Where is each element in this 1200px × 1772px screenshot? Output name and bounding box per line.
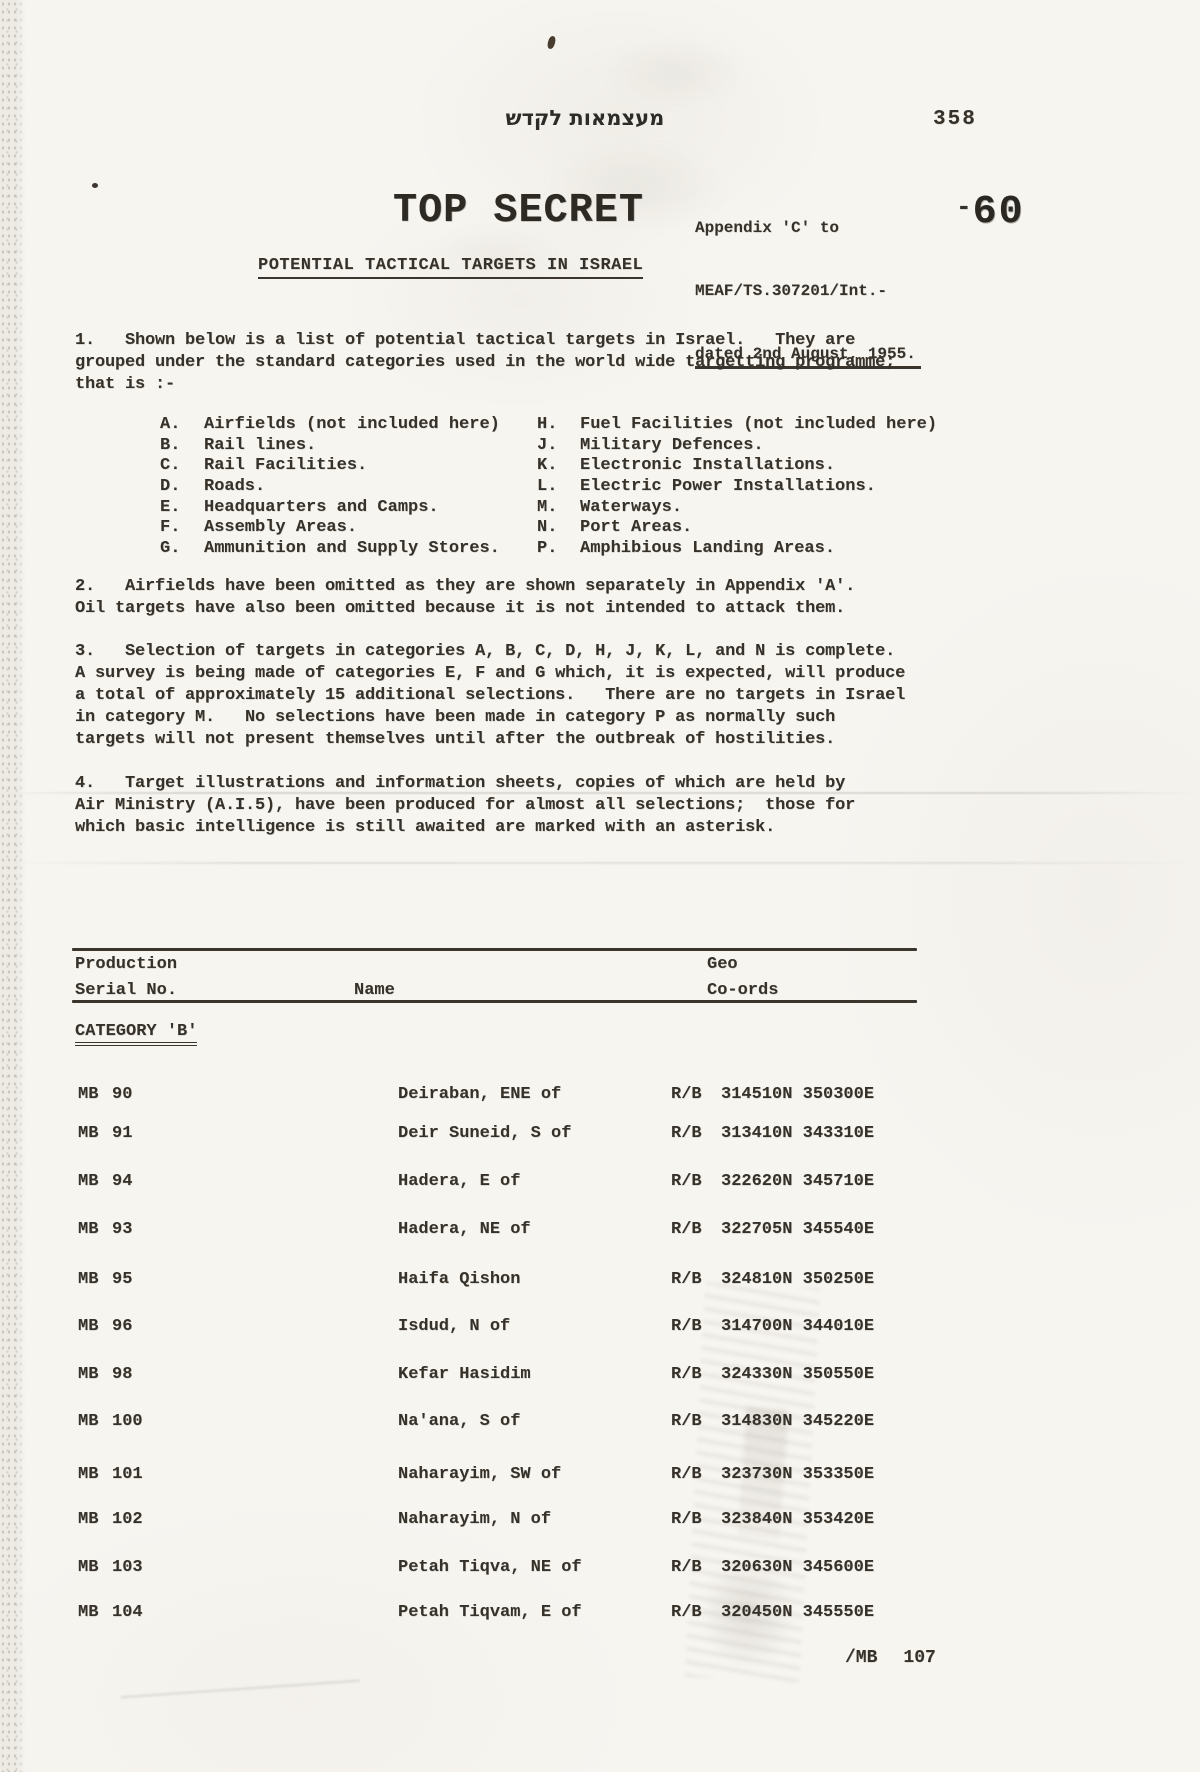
serial-number: 102 xyxy=(112,1510,143,1529)
continuation-serial: /MB xyxy=(845,1648,877,1668)
serial-prefix: MB xyxy=(78,1317,98,1336)
scan-edge-noise xyxy=(0,0,26,1772)
paper-crease xyxy=(0,862,1200,864)
serial-prefix: MB xyxy=(78,1172,98,1191)
category-letter: D. xyxy=(160,477,180,496)
serial-prefix: MB xyxy=(78,1465,98,1484)
serial-number: 104 xyxy=(112,1603,143,1622)
category-label: Port Areas. xyxy=(580,518,692,537)
ink-bleed-ghost xyxy=(600,35,750,110)
category-item-row: G. Ammunition and Supply Stores. P. Amph… xyxy=(0,539,1200,561)
ref-code: R/B xyxy=(671,1124,702,1143)
stamp-number: 60 xyxy=(973,190,1025,235)
serial-prefix: MB xyxy=(78,1558,98,1577)
ref-code: R/B xyxy=(671,1172,702,1191)
target-name: Isdud, N of xyxy=(398,1317,510,1336)
appendix-line2: MEAF/TS.307201/Int.- xyxy=(695,281,921,302)
serial-prefix: MB xyxy=(78,1270,98,1289)
category-label: Military Defences. xyxy=(580,436,764,455)
ref-code: R/B xyxy=(671,1317,702,1336)
table-header-rule xyxy=(72,1000,917,1003)
target-name: Petah Tiqva, NE of xyxy=(398,1558,582,1577)
category-letter: M. xyxy=(537,498,557,517)
ref-code: R/B xyxy=(671,1558,702,1577)
category-letter: B. xyxy=(160,436,180,455)
paragraph-1: 1. Shown below is a list of potential ta… xyxy=(75,330,895,396)
target-name: Deiraban, ENE of xyxy=(398,1085,561,1104)
serial-number: 93 xyxy=(112,1220,132,1239)
serial-number: 90 xyxy=(112,1085,132,1104)
geo-coords: 314830N 345220E xyxy=(721,1412,874,1431)
geo-coords: 314510N 350300E xyxy=(721,1085,874,1104)
serial-prefix: MB xyxy=(78,1085,98,1104)
target-name: Hadera, E of xyxy=(398,1172,520,1191)
continuation-marker: /MB107 xyxy=(845,1648,936,1668)
table-row: MB 100 Na'ana, S of R/B 314830N 345220E xyxy=(0,1412,1200,1436)
table-header-serial: Production Serial No. xyxy=(75,952,177,1004)
paragraph-4: 4. Target illustrations and information … xyxy=(75,773,855,839)
ink-speck xyxy=(92,183,98,188)
geo-coords: 314700N 344010E xyxy=(721,1317,874,1336)
category-label: Amphibious Landing Areas. xyxy=(580,539,835,558)
table-row: MB 90 Deiraban, ENE of R/B 314510N 35030… xyxy=(0,1085,1200,1109)
paragraph-2: 2. Airfields have been omitted as they a… xyxy=(75,576,855,620)
ink-speck xyxy=(546,35,556,49)
serial-prefix: MB xyxy=(78,1220,98,1239)
geo-coords: 324330N 350550E xyxy=(721,1365,874,1384)
serial-number: 95 xyxy=(112,1270,132,1289)
serial-prefix: MB xyxy=(78,1412,98,1431)
target-name: Deir Suneid, S of xyxy=(398,1124,571,1143)
category-label: Waterways. xyxy=(580,498,682,517)
ref-code: R/B xyxy=(671,1270,702,1289)
table-row: MB 95 Haifa Qishon R/B 324810N 350250E xyxy=(0,1270,1200,1294)
geo-coords: 324810N 350250E xyxy=(721,1270,874,1289)
continuation-number: 107 xyxy=(903,1648,935,1668)
serial-number: 94 xyxy=(112,1172,132,1191)
table-row: MB 101 Naharayim, SW of R/B 323730N 3533… xyxy=(0,1465,1200,1489)
ref-code: R/B xyxy=(671,1365,702,1384)
appendix-line1: Appendix 'C' to xyxy=(695,218,921,239)
category-label: Assembly Areas. xyxy=(204,518,357,537)
page-number: 358 xyxy=(933,108,977,131)
serial-prefix: MB xyxy=(78,1365,98,1384)
ref-code: R/B xyxy=(671,1220,702,1239)
category-label: Electric Power Installations. xyxy=(580,477,876,496)
category-letter: L. xyxy=(537,477,557,496)
serial-number: 100 xyxy=(112,1412,143,1431)
ref-code: R/B xyxy=(671,1085,702,1104)
category-item-row: A. Airfields (not included here) H. Fuel… xyxy=(0,415,1200,437)
category-label: Roads. xyxy=(204,477,265,496)
stamp-dash: - xyxy=(956,192,972,222)
copy-number-stamp: -60 xyxy=(956,190,1025,235)
serial-number: 103 xyxy=(112,1558,143,1577)
ref-code: R/B xyxy=(671,1603,702,1622)
category-label: Headquarters and Camps. xyxy=(204,498,439,517)
serial-number: 91 xyxy=(112,1124,132,1143)
category-item-row: F. Assembly Areas. N. Port Areas. xyxy=(0,518,1200,540)
category-letter: J. xyxy=(537,436,557,455)
category-letter: G. xyxy=(160,539,180,558)
category-letter: P. xyxy=(537,539,557,558)
paragraph-3: 3. Selection of targets in categories A,… xyxy=(75,641,905,751)
table-top-rule xyxy=(72,948,917,951)
category-label: Ammunition and Supply Stores. xyxy=(204,539,500,558)
scanned-document-page: מעצמאות לקדש 358 TOP SECRET Appendix 'C'… xyxy=(0,0,1200,1772)
category-letter: K. xyxy=(537,456,557,475)
serial-number: 96 xyxy=(112,1317,132,1336)
serial-prefix: MB xyxy=(78,1124,98,1143)
category-letter: A. xyxy=(160,415,180,434)
table-row: MB 103 Petah Tiqva, NE of R/B 320630N 34… xyxy=(0,1558,1200,1582)
serial-number: 98 xyxy=(112,1365,132,1384)
target-name: Naharayim, N of xyxy=(398,1510,551,1529)
table-row: MB 96 Isdud, N of R/B 314700N 344010E xyxy=(0,1317,1200,1341)
serial-prefix: MB xyxy=(78,1510,98,1529)
serial-number: 101 xyxy=(112,1465,143,1484)
category-label: Rail lines. xyxy=(204,436,316,455)
table-row: MB 104 Petah Tiqvam, E of R/B 320450N 34… xyxy=(0,1603,1200,1627)
table-row: MB 98 Kefar Hasidim R/B 324330N 350550E xyxy=(0,1365,1200,1389)
category-item-row: C. Rail Facilities. K. Electronic Instal… xyxy=(0,456,1200,478)
category-letter: C. xyxy=(160,456,180,475)
target-name: Naharayim, SW of xyxy=(398,1465,561,1484)
target-name: Hadera, NE of xyxy=(398,1220,531,1239)
category-item-row: D. Roads. L. Electric Power Installation… xyxy=(0,477,1200,499)
classification-stamp: TOP SECRET xyxy=(393,188,644,234)
geo-coords: 323730N 353350E xyxy=(721,1465,874,1484)
category-item-row: B. Rail lines. J. Military Defences. xyxy=(0,436,1200,458)
category-section-heading: CATEGORY 'B' xyxy=(75,1022,197,1046)
table-row: MB 93 Hadera, NE of R/B 322705N 345540E xyxy=(0,1220,1200,1244)
geo-coords: 320630N 345600E xyxy=(721,1558,874,1577)
category-label: Rail Facilities. xyxy=(204,456,367,475)
geo-coords: 323840N 353420E xyxy=(721,1510,874,1529)
serial-prefix: MB xyxy=(78,1603,98,1622)
category-label: Airfields (not included here) xyxy=(204,415,500,434)
table-header-coords: Geo Co-ords xyxy=(707,952,778,1004)
target-name: Na'ana, S of xyxy=(398,1412,520,1431)
table-row: MB 91 Deir Suneid, S of R/B 313410N 3433… xyxy=(0,1124,1200,1148)
target-name: Petah Tiqvam, E of xyxy=(398,1603,582,1622)
category-label: Electronic Installations. xyxy=(580,456,835,475)
geo-coords: 322620N 345710E xyxy=(721,1172,874,1191)
category-label: Fuel Facilities (not included here) xyxy=(580,415,937,434)
ref-code: R/B xyxy=(671,1510,702,1529)
paper-crease xyxy=(120,1680,360,1699)
geo-coords: 313410N 343310E xyxy=(721,1124,874,1143)
table-row: MB 102 Naharayim, N of R/B 323840N 35342… xyxy=(0,1510,1200,1534)
ref-code: R/B xyxy=(671,1465,702,1484)
geo-coords: 320450N 345550E xyxy=(721,1603,874,1622)
geo-coords: 322705N 345540E xyxy=(721,1220,874,1239)
document-title: POTENTIAL TACTICAL TARGETS IN ISRAEL xyxy=(258,256,643,279)
category-letter: N. xyxy=(537,518,557,537)
category-letter: H. xyxy=(537,415,557,434)
category-letter: E. xyxy=(160,498,180,517)
target-name: Kefar Hasidim xyxy=(398,1365,531,1384)
ref-code: R/B xyxy=(671,1412,702,1431)
category-item-row: E. Headquarters and Camps. M. Waterways. xyxy=(0,498,1200,520)
hebrew-book-title: מעצמאות לקדש xyxy=(500,106,670,130)
table-row: MB 94 Hadera, E of R/B 322620N 345710E xyxy=(0,1172,1200,1196)
category-letter: F. xyxy=(160,518,180,537)
target-name: Haifa Qishon xyxy=(398,1270,520,1289)
